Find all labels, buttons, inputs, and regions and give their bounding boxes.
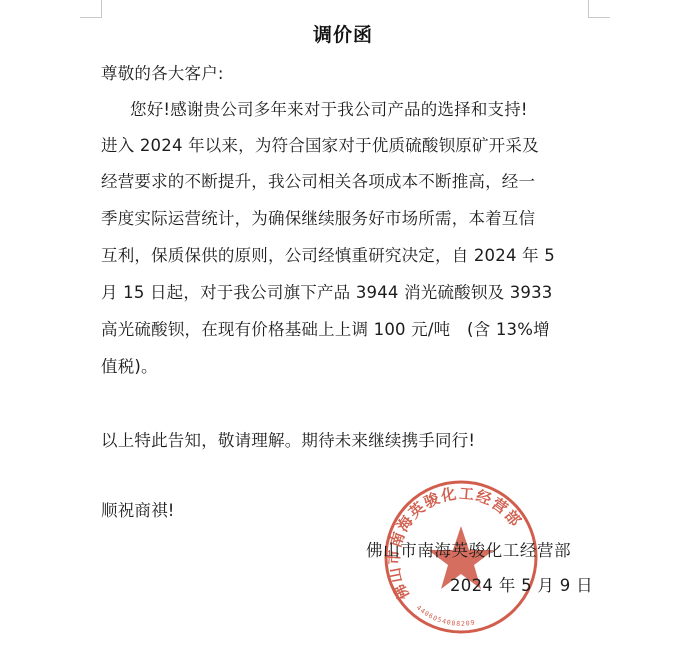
body-line: 互利，保质保供的原则，公司经慎重研究决定，自 2024 年 5	[101, 242, 555, 266]
body-line: 进入 2024 年以来，为符合国家对于优质硫酸钡原矿开采及	[101, 132, 539, 156]
body-line: 高光硫酸钡，在现有价格基础上上调 100 元/吨 (含 13%增	[101, 316, 550, 340]
body-line: 月 15 日起，对于我公司旗下产品 3944 消光硫酸钡及 3933	[101, 279, 553, 303]
body-line: 经营要求的不断提升，我公司相关各项成本不断推高，经一	[101, 168, 535, 192]
body-line: 您好!感谢贵公司多年来对于我公司产品的选择和支持!	[130, 96, 528, 120]
body-line: 值税)。	[101, 353, 158, 377]
svg-text:4406054008209: 4406054008209	[415, 604, 476, 628]
document-title: 调价函	[0, 20, 686, 47]
signature-date: 2024 年 5 月 9 日	[450, 572, 593, 596]
signature-company: 佛山市南海英骏化工经营部	[366, 537, 571, 561]
crop-mark-top-right	[588, 0, 610, 18]
closing-wish: 顺祝商祺!	[101, 497, 175, 521]
greeting: 尊敬的各大客户:	[101, 60, 224, 84]
crop-mark-top-left	[80, 0, 102, 18]
closing-notice: 以上特此告知，敬请理解。期待未来继续携手同行!	[101, 427, 475, 451]
body-line: 季度实际运营统计，为确保继续服务好市场所需，本着互信	[101, 205, 535, 229]
